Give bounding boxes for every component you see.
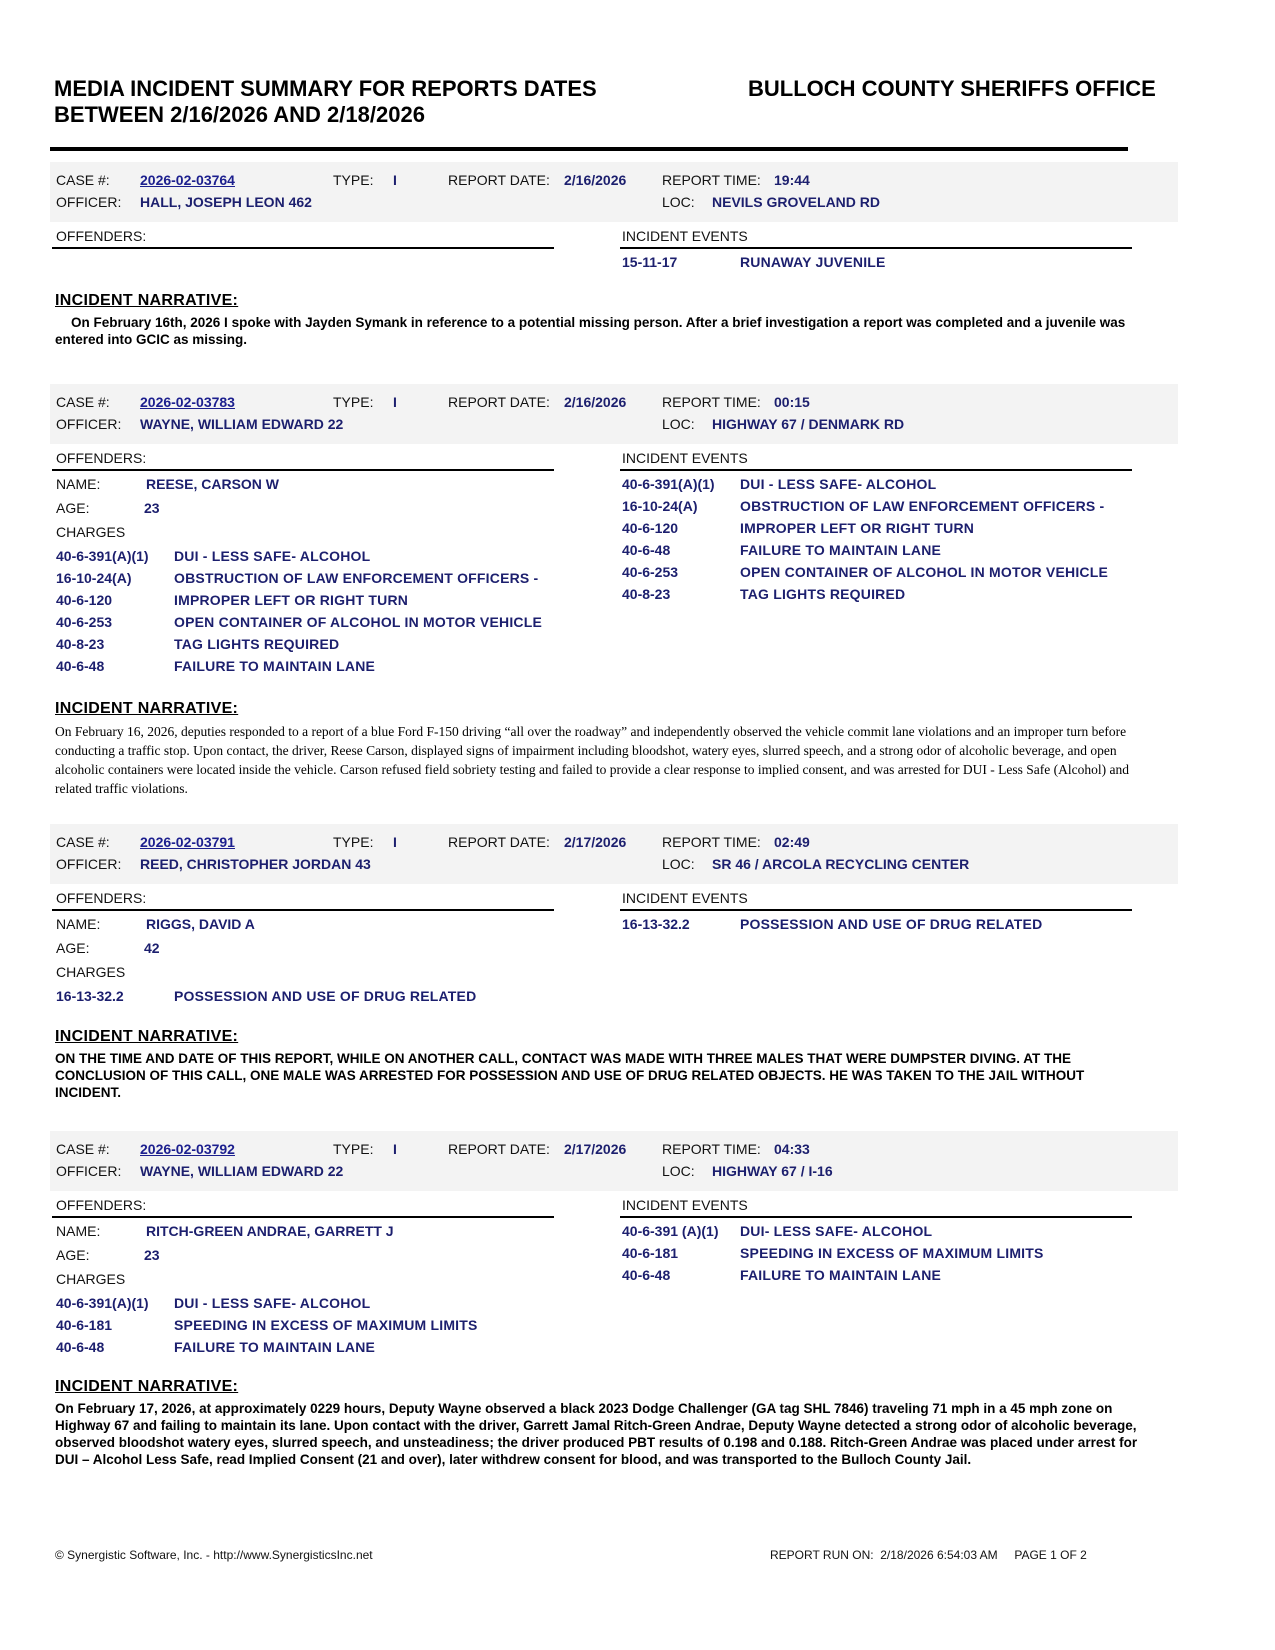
offender-name-value: REESE, CARSON W [146,476,279,492]
type-value: I [393,172,397,188]
charge-description: POSSESSION AND USE OF DRUG RELATED [174,988,476,1004]
case-number-link[interactable]: 2026-02-03783 [140,394,235,410]
charge-description: TAG LIGHTS REQUIRED [174,636,339,652]
event-description: SPEEDING IN EXCESS OF MAXIMUM LIMITS [740,1245,1044,1261]
run-on-value: 2/18/2026 6:54:03 AM [880,1548,997,1562]
offender-name-value: RIGGS, DAVID A [146,916,255,932]
charge-code: 40-6-48 [56,1339,104,1355]
charges-label: CHARGES [56,964,125,980]
officer-label: OFFICER: [56,416,121,432]
case-number-link[interactable]: 2026-02-03792 [140,1141,235,1157]
type-value: I [393,1141,397,1157]
case-number-label: CASE #: [56,172,110,188]
charge-code: 40-6-391(A)(1) [56,548,149,564]
offender-age-value: 42 [144,940,160,956]
report-time-label: REPORT TIME: [662,834,761,850]
report-title-line1: MEDIA INCIDENT SUMMARY FOR REPORTS DATES [54,76,694,102]
event-description: DUI- LESS SAFE- ALCOHOL [740,1223,932,1239]
incident-events-divider [620,1216,1132,1218]
charges-label: CHARGES [56,1271,125,1287]
type-value: I [393,394,397,410]
charge-code: 16-13-32.2 [56,988,124,1004]
incident-events-label: INCIDENT EVENTS [622,890,748,906]
location-label: LOC: [662,416,695,432]
case-number-label: CASE #: [56,394,110,410]
report-time-value: 00:15 [774,394,810,410]
event-code: 40-6-48 [622,542,670,558]
type-value: I [393,834,397,850]
event-description: RUNAWAY JUVENILE [740,254,886,270]
charge-code: 40-6-48 [56,658,104,674]
case-number-label: CASE #: [56,1141,110,1157]
charge-code: 16-10-24(A) [56,570,131,586]
incident-narrative-text: On February 17, 2026, at approximately 0… [55,1400,1145,1468]
report-date-label: REPORT DATE: [448,834,550,850]
report-date-value: 2/16/2026 [564,394,626,410]
incident-narrative-heading: INCIDENT NARRATIVE: [55,1028,238,1046]
case-header-band: CASE #:2026-02-03783TYPE:IREPORT DATE:2/… [50,384,1178,444]
report-date-label: REPORT DATE: [448,394,550,410]
offenders-label: OFFENDERS: [56,450,146,466]
report-date-label: REPORT DATE: [448,1141,550,1157]
case-block: CASE #:2026-02-03791TYPE:IREPORT DATE:2/… [50,824,1178,884]
report-date-value: 2/17/2026 [564,834,626,850]
event-code: 40-6-391(A)(1) [622,476,715,492]
incident-events-label: INCIDENT EVENTS [622,228,748,244]
offender-age-label: AGE: [56,1247,89,1263]
officer-value: WAYNE, WILLIAM EDWARD 22 [140,1163,343,1179]
incident-events-divider [620,469,1132,471]
case-number-link[interactable]: 2026-02-03764 [140,172,235,188]
incident-narrative-text: ON THE TIME AND DATE OF THIS REPORT, WHI… [55,1050,1145,1101]
case-number-link[interactable]: 2026-02-03791 [140,834,235,850]
incident-narrative-heading: INCIDENT NARRATIVE: [55,292,238,310]
location-label: LOC: [662,194,695,210]
charge-code: 40-6-253 [56,614,112,630]
header-divider [50,147,1128,151]
incident-events-label: INCIDENT EVENTS [622,450,748,466]
charge-description: OPEN CONTAINER OF ALCOHOL IN MOTOR VEHIC… [174,614,542,630]
report-date-value: 2/16/2026 [564,172,626,188]
incident-narrative-heading: INCIDENT NARRATIVE: [55,1378,238,1396]
report-page: MEDIA INCIDENT SUMMARY FOR REPORTS DATES… [0,0,1275,1650]
event-description: DUI - LESS SAFE- ALCOHOL [740,476,936,492]
case-header-band: CASE #:2026-02-03791TYPE:IREPORT DATE:2/… [50,824,1178,884]
location-value: HIGHWAY 67 / DENMARK RD [712,416,904,432]
report-time-value: 04:33 [774,1141,810,1157]
charge-code: 40-8-23 [56,636,104,652]
location-value: HIGHWAY 67 / I-16 [712,1163,833,1179]
event-code: 40-8-23 [622,586,670,602]
report-time-value: 19:44 [774,172,810,188]
case-header-band: CASE #:2026-02-03792TYPE:IREPORT DATE:2/… [50,1131,1178,1191]
offenders-divider [52,909,554,911]
charge-description: OBSTRUCTION OF LAW ENFORCEMENT OFFICERS … [174,570,538,586]
charge-description: IMPROPER LEFT OR RIGHT TURN [174,592,408,608]
offenders-label: OFFENDERS: [56,228,146,244]
event-description: OBSTRUCTION OF LAW ENFORCEMENT OFFICERS … [740,498,1104,514]
incident-events-divider [620,909,1132,911]
offender-age-value: 23 [144,1247,160,1263]
location-label: LOC: [662,856,695,872]
event-code: 15-11-17 [622,254,677,270]
officer-label: OFFICER: [56,1163,121,1179]
run-on-label: REPORT RUN ON: [770,1548,874,1562]
event-code: 40-6-120 [622,520,678,536]
location-label: LOC: [662,1163,695,1179]
report-date-value: 2/17/2026 [564,1141,626,1157]
event-code: 16-10-24(A) [622,498,697,514]
agency-name: BULLOCH COUNTY SHERIFFS OFFICE [748,76,1156,102]
report-time-label: REPORT TIME: [662,172,761,188]
report-date-label: REPORT DATE: [448,172,550,188]
incident-narrative-text: On February 16, 2026, deputies responded… [55,722,1145,798]
location-value: NEVILS GROVELAND RD [712,194,880,210]
event-code: 40-6-391 (A)(1) [622,1223,718,1239]
footer-copyright: © Synergistic Software, Inc. - http://ww… [55,1548,373,1562]
officer-value: WAYNE, WILLIAM EDWARD 22 [140,416,343,432]
event-code: 40-6-253 [622,564,678,580]
event-description: FAILURE TO MAINTAIN LANE [740,1267,941,1283]
case-block: CASE #:2026-02-03783TYPE:IREPORT DATE:2/… [50,384,1178,444]
charge-description: FAILURE TO MAINTAIN LANE [174,1339,375,1355]
charge-code: 40-6-391(A)(1) [56,1295,149,1311]
offender-age-label: AGE: [56,940,89,956]
type-label: TYPE: [333,834,373,850]
offender-name-label: NAME: [56,1223,100,1239]
incident-events-label: INCIDENT EVENTS [622,1197,748,1213]
event-description: TAG LIGHTS REQUIRED [740,586,905,602]
charge-code: 40-6-120 [56,592,112,608]
charge-code: 40-6-181 [56,1317,112,1333]
location-value: SR 46 / ARCOLA RECYCLING CENTER [712,856,969,872]
offender-name-value: RITCH-GREEN ANDRAE, GARRETT J [146,1223,394,1239]
offender-name-label: NAME: [56,916,100,932]
offenders-label: OFFENDERS: [56,890,146,906]
report-time-value: 02:49 [774,834,810,850]
offenders-divider [52,469,554,471]
officer-value: REED, CHRISTOPHER JORDAN 43 [140,856,371,872]
event-description: POSSESSION AND USE OF DRUG RELATED [740,916,1042,932]
event-description: IMPROPER LEFT OR RIGHT TURN [740,520,974,536]
type-label: TYPE: [333,1141,373,1157]
incident-narrative-heading: INCIDENT NARRATIVE: [55,700,238,718]
page-number: PAGE 1 OF 2 [1014,1548,1086,1562]
event-description: FAILURE TO MAINTAIN LANE [740,542,941,558]
type-label: TYPE: [333,172,373,188]
report-title-line2: BETWEEN 2/16/2026 AND 2/18/2026 [54,102,694,128]
report-title: MEDIA INCIDENT SUMMARY FOR REPORTS DATES… [54,76,694,128]
event-code: 40-6-181 [622,1245,678,1261]
event-description: OPEN CONTAINER OF ALCOHOL IN MOTOR VEHIC… [740,564,1108,580]
offenders-divider [52,247,554,249]
offenders-divider [52,1216,554,1218]
event-code: 40-6-48 [622,1267,670,1283]
officer-value: HALL, JOSEPH LEON 462 [140,194,312,210]
offenders-label: OFFENDERS: [56,1197,146,1213]
case-block: CASE #:2026-02-03792TYPE:IREPORT DATE:2/… [50,1131,1178,1191]
officer-label: OFFICER: [56,194,121,210]
footer-run-info: REPORT RUN ON: 2/18/2026 6:54:03 AM PAGE… [770,1548,1087,1562]
charge-description: SPEEDING IN EXCESS OF MAXIMUM LIMITS [174,1317,478,1333]
charge-description: FAILURE TO MAINTAIN LANE [174,658,375,674]
type-label: TYPE: [333,394,373,410]
charge-description: DUI - LESS SAFE- ALCOHOL [174,1295,370,1311]
offender-name-label: NAME: [56,476,100,492]
report-time-label: REPORT TIME: [662,1141,761,1157]
incident-events-divider [620,247,1132,249]
case-block: CASE #:2026-02-03764TYPE:IREPORT DATE:2/… [50,162,1178,222]
offender-age-value: 23 [144,500,160,516]
report-time-label: REPORT TIME: [662,394,761,410]
case-header-band: CASE #:2026-02-03764TYPE:IREPORT DATE:2/… [50,162,1178,222]
event-code: 16-13-32.2 [622,916,690,932]
incident-narrative-text: On February 16th, 2026 I spoke with Jayd… [55,314,1145,348]
officer-label: OFFICER: [56,856,121,872]
charges-label: CHARGES [56,524,125,540]
charge-description: DUI - LESS SAFE- ALCOHOL [174,548,370,564]
case-number-label: CASE #: [56,834,110,850]
offender-age-label: AGE: [56,500,89,516]
